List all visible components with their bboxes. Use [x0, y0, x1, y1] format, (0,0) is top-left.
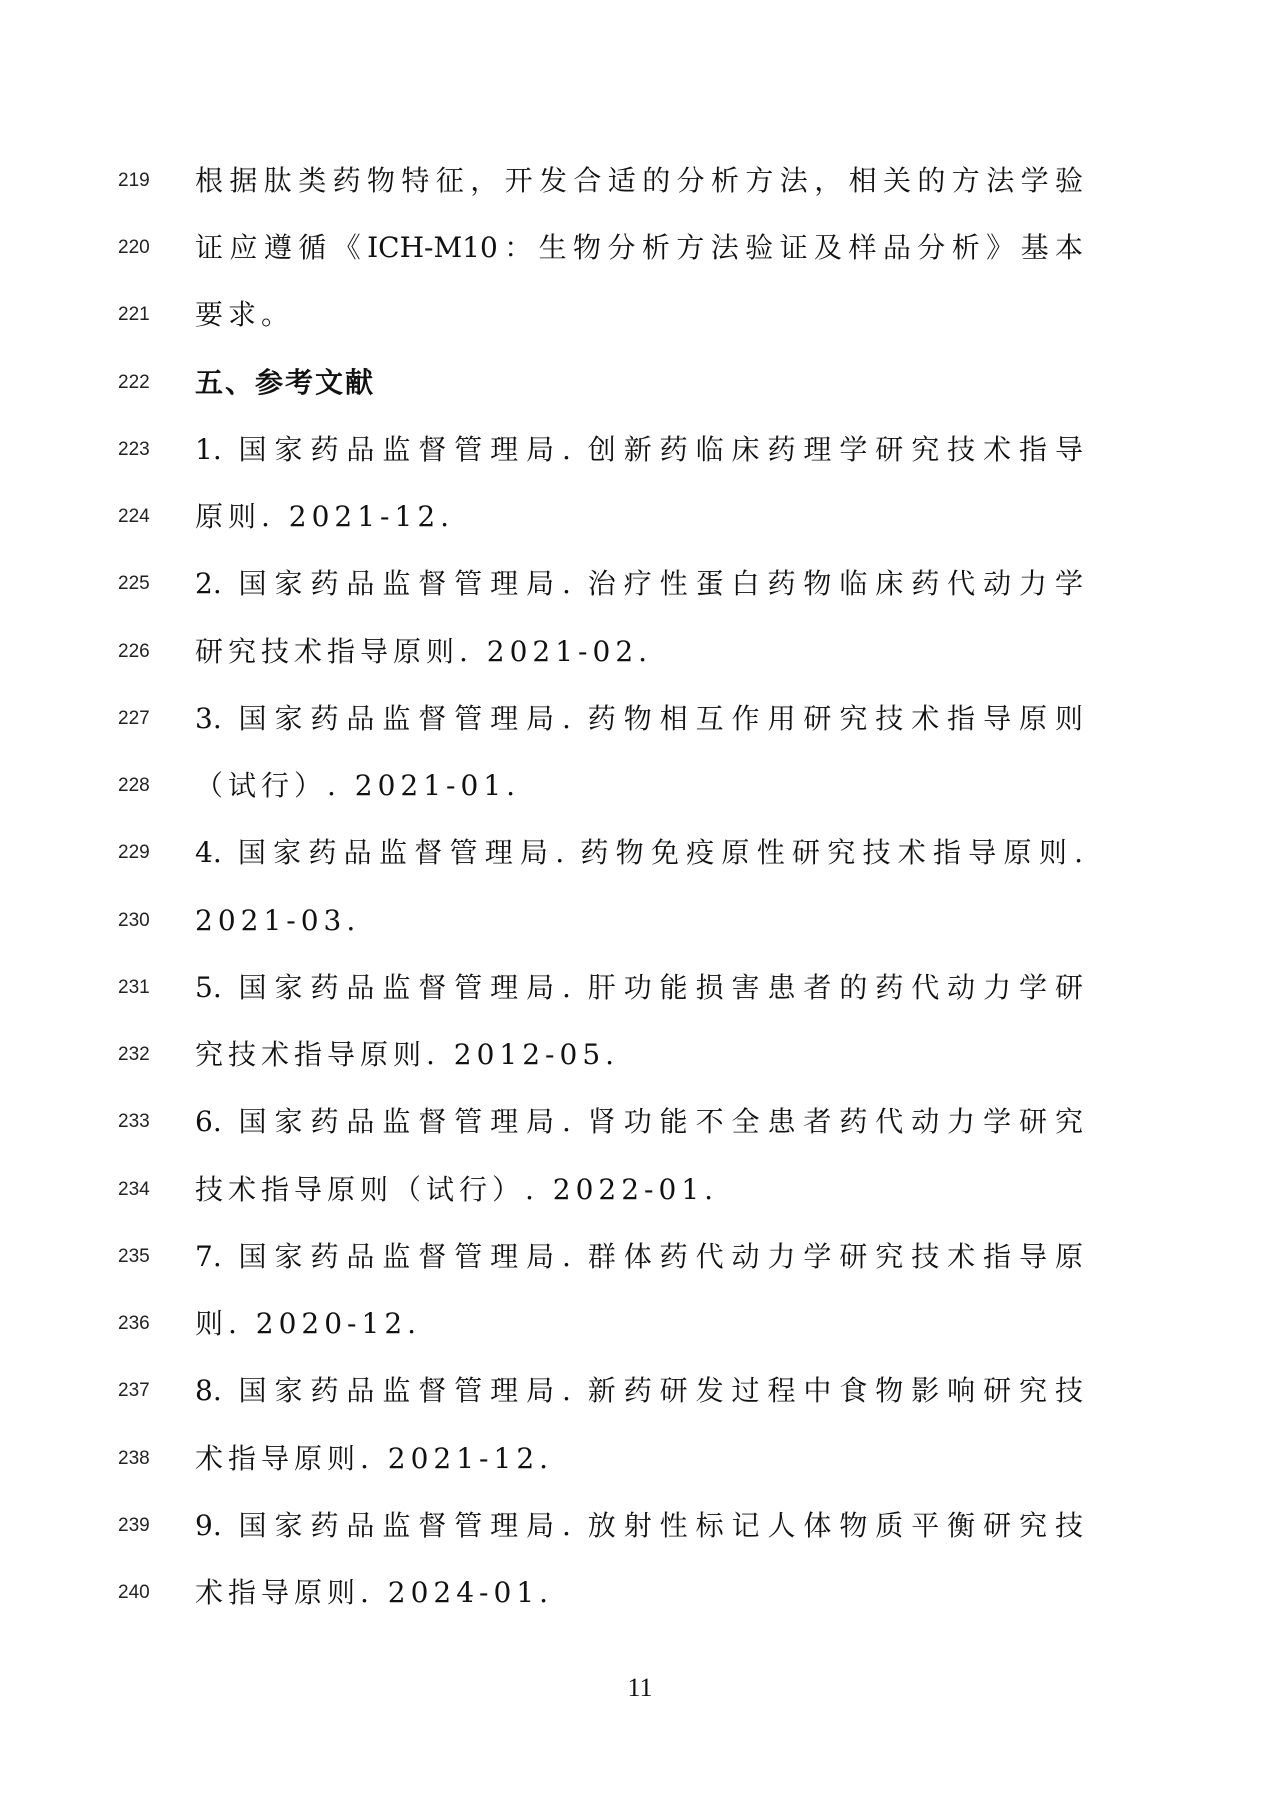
line-223: 223 1. 国家药品监督管理局. 创新药临床药理学研究技术指导 [0, 416, 1280, 483]
reference-item: 1. 国家药品监督管理局. 创新药临床药理学研究技术指导 [195, 416, 1083, 483]
page-number: 11 [0, 1670, 1280, 1706]
reference-item: 技术指导原则（试行）. 2022-01. [195, 1156, 718, 1223]
reference-item: 究技术指导原则. 2012-05. [195, 1021, 619, 1088]
line-221: 221 要求。 [0, 281, 1280, 348]
reference-item: 2. 国家药品监督管理局. 治疗性蛋白药物临床药代动力学 [195, 550, 1083, 617]
body-text: 要求。 [195, 281, 294, 348]
line-229: 229 4. 国家药品监督管理局. 药物免疫原性研究技术指导原则. [0, 819, 1280, 886]
reference-item: 9. 国家药品监督管理局. 放射性标记人体物质平衡研究技 [195, 1492, 1083, 1559]
line-230: 230 2021-03. [0, 887, 1280, 954]
line-number: 235 [118, 1223, 162, 1290]
line-219: 219 根据肽类药物特征，开发合适的分析方法，相关的方法学验 [0, 147, 1280, 214]
line-233: 233 6. 国家药品监督管理局. 肾功能不全患者药代动力学研究 [0, 1088, 1280, 1155]
reference-item: 术指导原则. 2021-12. [195, 1425, 553, 1492]
line-232: 232 究技术指导原则. 2012-05. [0, 1021, 1280, 1088]
reference-item: 术指导原则. 2024-01. [195, 1559, 553, 1626]
reference-item: 研究技术指导原则. 2021-02. [195, 618, 652, 685]
line-number: 230 [118, 887, 162, 954]
line-238: 238 术指导原则. 2021-12. [0, 1425, 1280, 1492]
line-number: 220 [118, 214, 162, 281]
line-239: 239 9. 国家药品监督管理局. 放射性标记人体物质平衡研究技 [0, 1492, 1280, 1559]
line-number: 228 [118, 752, 162, 819]
line-231: 231 5. 国家药品监督管理局. 肝功能损害患者的药代动力学研 [0, 954, 1280, 1021]
reference-item: （试行）. 2021-01. [195, 752, 520, 819]
line-237: 237 8. 国家药品监督管理局. 新药研发过程中食物影响研究技 [0, 1357, 1280, 1424]
reference-item: 6. 国家药品监督管理局. 肾功能不全患者药代动力学研究 [195, 1088, 1083, 1155]
line-number: 236 [118, 1290, 162, 1357]
line-number: 229 [118, 819, 162, 886]
reference-item: 8. 国家药品监督管理局. 新药研发过程中食物影响研究技 [195, 1357, 1083, 1424]
reference-item: 4. 国家药品监督管理局. 药物免疫原性研究技术指导原则. [195, 819, 1083, 886]
line-227: 227 3. 国家药品监督管理局. 药物相互作用研究技术指导原则 [0, 685, 1280, 752]
line-number: 240 [118, 1559, 162, 1626]
reference-item: 3. 国家药品监督管理局. 药物相互作用研究技术指导原则 [195, 685, 1083, 752]
line-number: 238 [118, 1425, 162, 1492]
line-240: 240 术指导原则. 2024-01. [0, 1559, 1280, 1626]
body-text: 根据肽类药物特征，开发合适的分析方法，相关的方法学验 [195, 147, 1083, 214]
line-number: 221 [118, 281, 162, 348]
reference-item: 2021-03. [195, 887, 360, 954]
line-number: 233 [118, 1088, 162, 1155]
line-number: 223 [118, 416, 162, 483]
document-page: 219 根据肽类药物特征，开发合适的分析方法，相关的方法学验 220 证应遵循《… [0, 0, 1280, 1810]
line-225: 225 2. 国家药品监督管理局. 治疗性蛋白药物临床药代动力学 [0, 550, 1280, 617]
line-number: 234 [118, 1156, 162, 1223]
line-226: 226 研究技术指导原则. 2021-02. [0, 618, 1280, 685]
line-222: 222 五、参考文献 [0, 349, 1280, 416]
line-number: 224 [118, 483, 162, 550]
line-224: 224 原则. 2021-12. [0, 483, 1280, 550]
line-number: 219 [118, 147, 162, 214]
line-number: 225 [118, 550, 162, 617]
line-235: 235 7. 国家药品监督管理局. 群体药代动力学研究技术指导原 [0, 1223, 1280, 1290]
section-heading: 五、参考文献 [195, 349, 375, 416]
line-number: 237 [118, 1357, 162, 1424]
line-228: 228 （试行）. 2021-01. [0, 752, 1280, 819]
line-number: 222 [118, 349, 162, 416]
line-number: 226 [118, 618, 162, 685]
reference-item: 原则. 2021-12. [195, 483, 454, 550]
reference-item: 7. 国家药品监督管理局. 群体药代动力学研究技术指导原 [195, 1223, 1083, 1290]
line-number: 227 [118, 685, 162, 752]
line-number: 232 [118, 1021, 162, 1088]
line-220: 220 证应遵循《ICH-M10：生物分析方法验证及样品分析》基本 [0, 214, 1280, 281]
reference-item: 5. 国家药品监督管理局. 肝功能损害患者的药代动力学研 [195, 954, 1083, 1021]
line-number: 231 [118, 954, 162, 1021]
reference-item: 则. 2020-12. [195, 1290, 421, 1357]
line-236: 236 则. 2020-12. [0, 1290, 1280, 1357]
line-number: 239 [118, 1492, 162, 1559]
line-234: 234 技术指导原则（试行）. 2022-01. [0, 1156, 1280, 1223]
body-text: 证应遵循《ICH-M10：生物分析方法验证及样品分析》基本 [195, 214, 1083, 281]
